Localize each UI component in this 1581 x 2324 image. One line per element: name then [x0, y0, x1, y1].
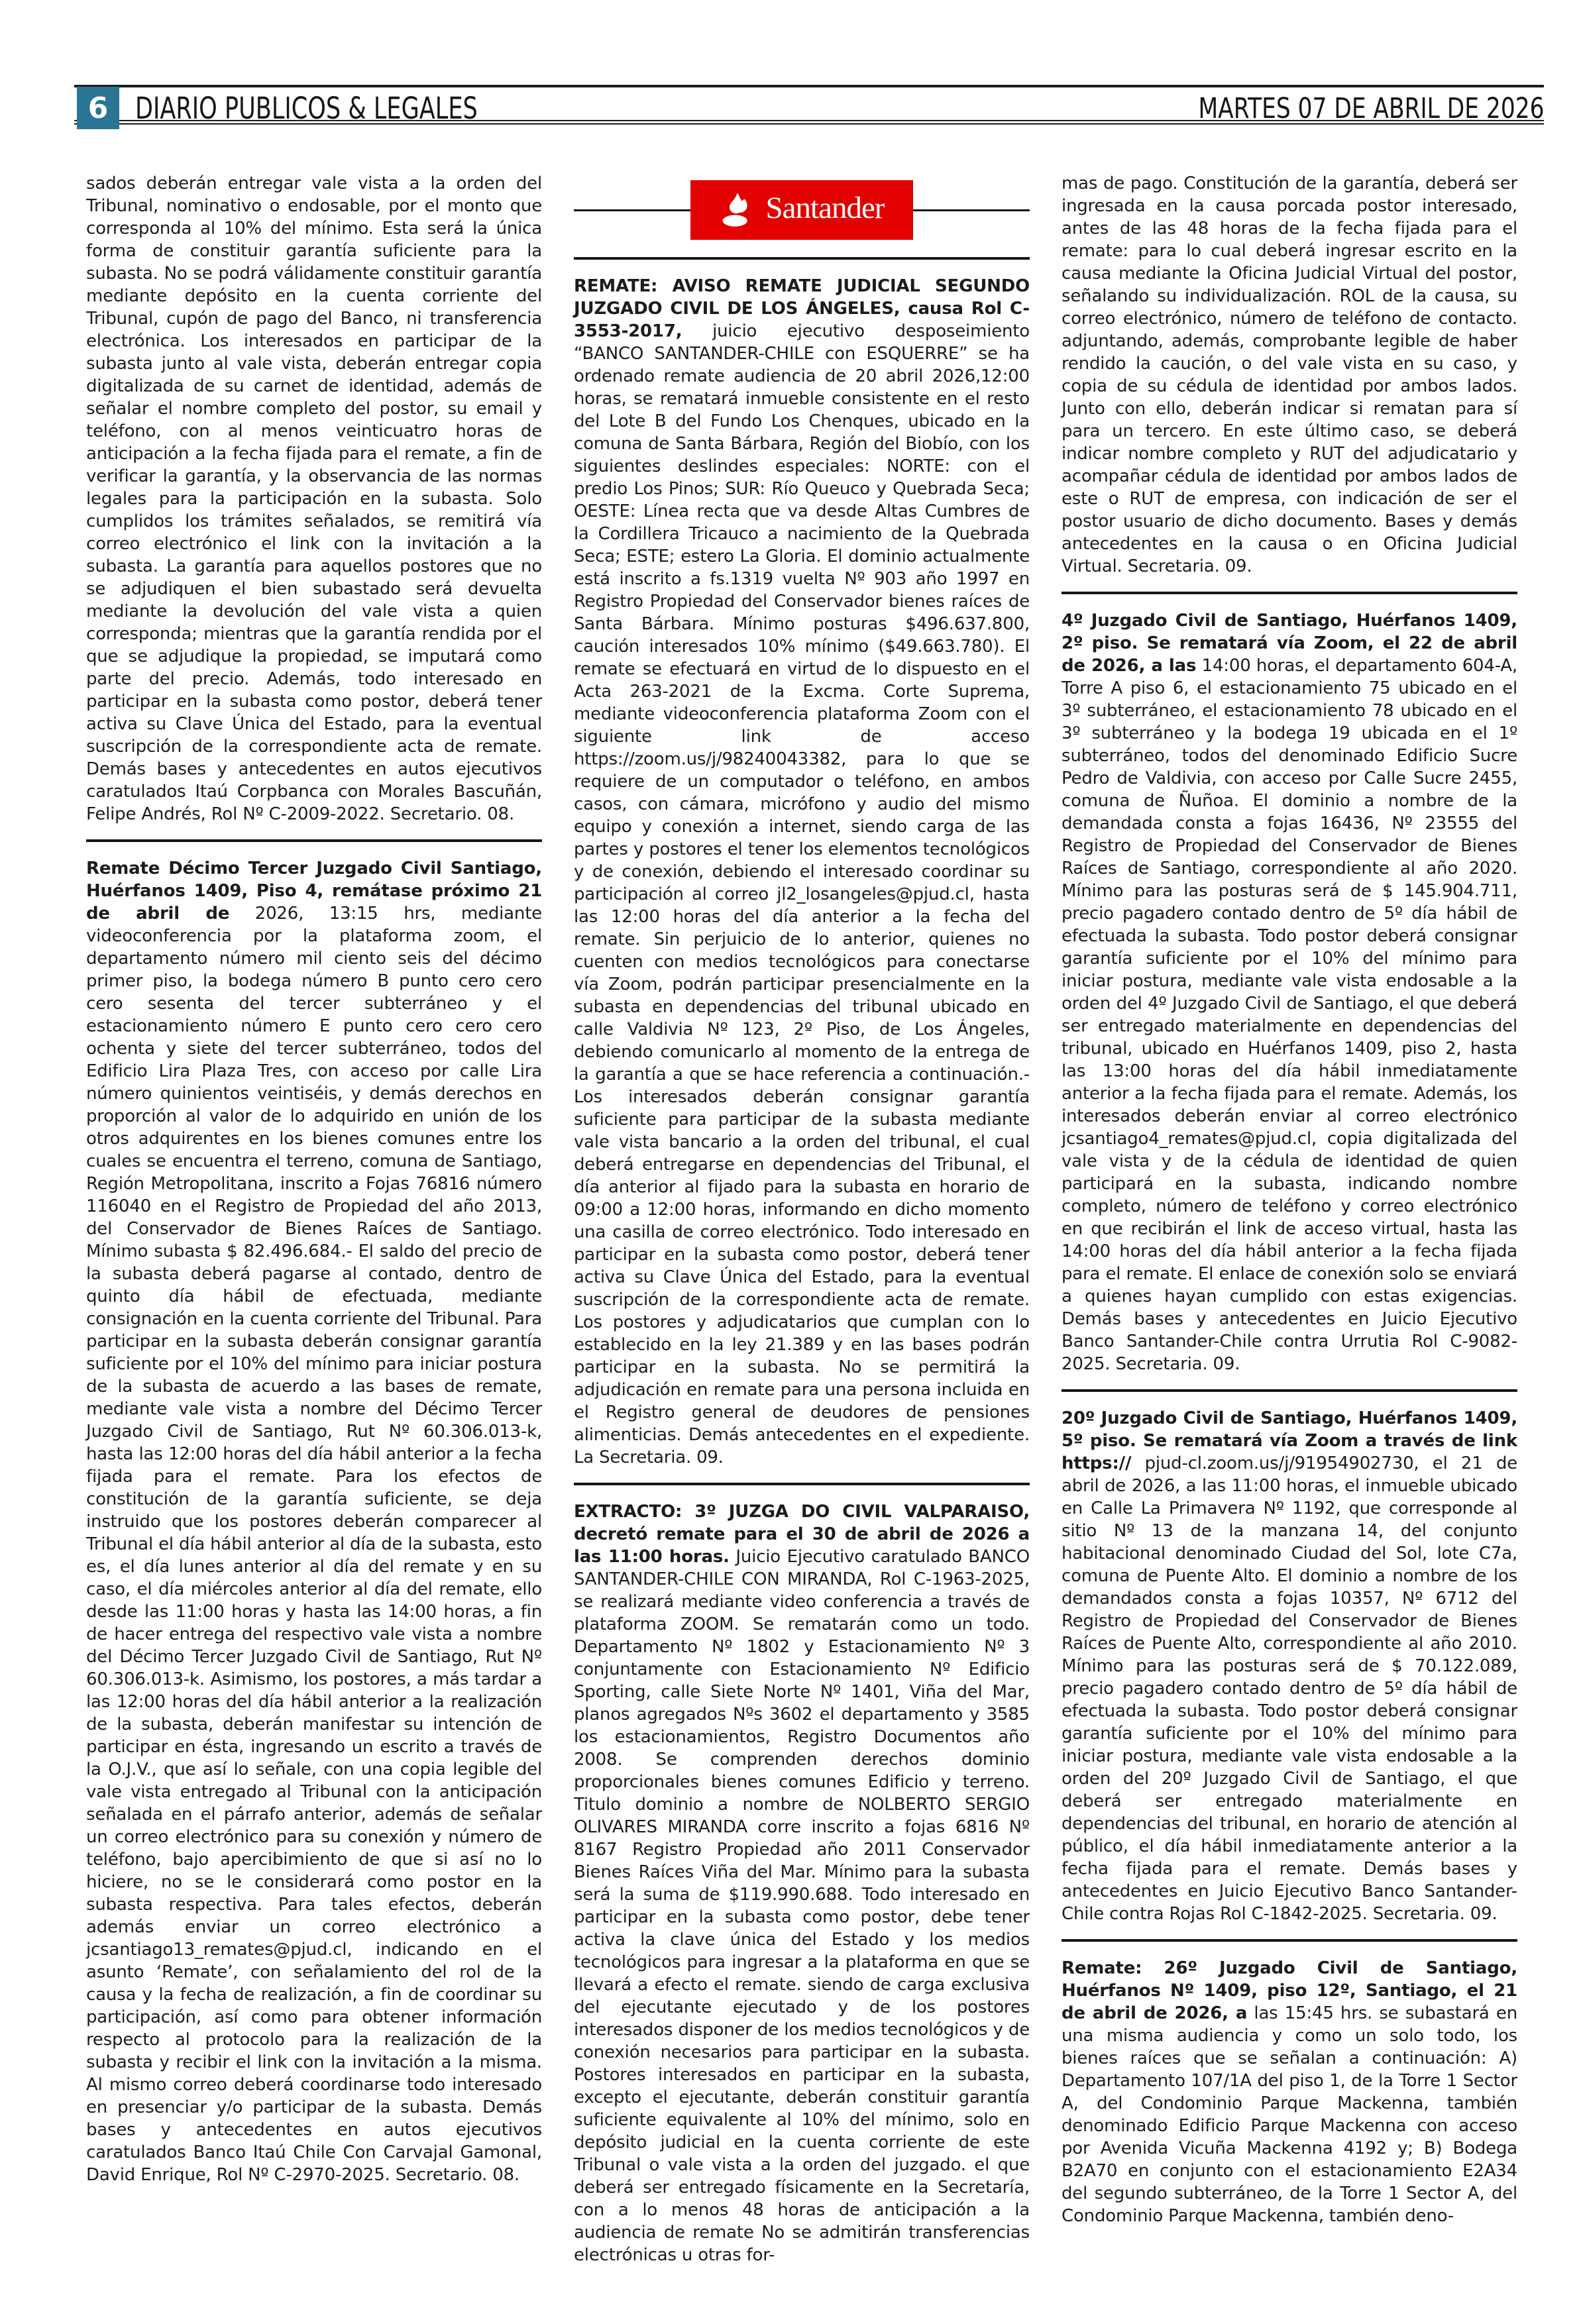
notice-paragraph: Remate: 26º Juzgado Civil de Santiago, H…	[1062, 1957, 1517, 2227]
notice-paragraph: 4º Juzgado Civil de Santiago, Huérfanos …	[1062, 609, 1517, 1375]
newspaper-page: 6 DIARIO PUBLICOS & LEGALES MARTES 07 DE…	[0, 0, 1581, 2324]
column-center: Santander REMATE: AVISO REMATE JUDICIAL …	[574, 172, 1030, 2266]
notice-body: 2026, 13:15 hrs, mediante videoconferenc…	[86, 904, 542, 2185]
column-right: mas de pago. Constitución de la garantía…	[1062, 172, 1517, 2266]
notice-body: mas de pago. Constitución de la garantía…	[1062, 174, 1517, 576]
publication-title-text: DIARIO PUBLICOS & LEGALES	[135, 91, 478, 126]
notice-divider	[574, 257, 1030, 260]
publication-title: DIARIO PUBLICOS & LEGALES	[135, 91, 574, 126]
notices-columns: sados deberán entregar vale vista a la o…	[86, 172, 1517, 2266]
notice-paragraph: Remate Décimo Tercer Juzgado Civil Santi…	[86, 857, 542, 2186]
legal-notice-20-juzgado: 20º Juzgado Civil de Santiago, Huérfanos…	[1062, 1407, 1517, 1925]
page-number: 6	[88, 91, 109, 125]
header-date-text: MARTES 07 DE ABRIL DE 2026	[1198, 92, 1544, 125]
notice-paragraph: EXTRACTO: 3º JUZGA DO CIVIL VALPARAISO, …	[574, 1501, 1030, 2266]
legal-notice-decimo-tercer-juzgado: Remate Décimo Tercer Juzgado Civil Santi…	[86, 857, 542, 2186]
notice-body: las 15:45 hrs. se subastará en una misma…	[1062, 2003, 1517, 2226]
legal-notice-itau-corpbanca: sados deberán entregar vale vista a la o…	[86, 172, 542, 825]
legal-notice-26-juzgado: Remate: 26º Juzgado Civil de Santiago, H…	[1062, 1957, 1517, 2227]
notice-body: Juicio Ejecutivo caratulado BANCO SANTAN…	[574, 1547, 1030, 2265]
notice-divider	[574, 1483, 1030, 1485]
santander-ad-header: Santander	[574, 180, 1030, 240]
legal-notice-continuation: mas de pago. Constitución de la garantía…	[1062, 172, 1517, 578]
notice-body: sados deberán entregar vale vista a la o…	[86, 174, 542, 824]
ad-rule-left	[574, 209, 690, 211]
legal-notice-4-juzgado: 4º Juzgado Civil de Santiago, Huérfanos …	[1062, 609, 1517, 1375]
column-left: sados deberán entregar vale vista a la o…	[86, 172, 542, 2266]
ad-rule-right	[913, 209, 1030, 211]
notice-paragraph: mas de pago. Constitución de la garantía…	[1062, 172, 1517, 578]
page-header: 6 DIARIO PUBLICOS & LEGALES MARTES 07 DE…	[74, 85, 1544, 125]
notice-body: juicio ejecutivo desposeimiento “BANCO S…	[574, 321, 1030, 1467]
santander-flame-icon	[720, 191, 758, 229]
notice-body: pjud-cl.zoom.us/j/91954902730, el 21 de …	[1062, 1453, 1517, 1924]
notice-paragraph: REMATE: AVISO REMATE JUDICIAL SEGUNDO JU…	[574, 275, 1030, 1469]
notice-divider	[1062, 1389, 1517, 1392]
santander-wordmark: Santander	[766, 190, 885, 230]
notice-body: 14:00 horas, el departamento 604-A, Torr…	[1062, 656, 1517, 1374]
notice-divider	[1062, 592, 1517, 594]
page-number-badge: 6	[77, 87, 119, 129]
legal-notice-extracto-valparaiso: EXTRACTO: 3º JUZGA DO CIVIL VALPARAISO, …	[574, 1501, 1030, 2266]
notice-divider	[1062, 1939, 1517, 1942]
notice-divider	[86, 839, 542, 842]
notice-paragraph: 20º Juzgado Civil de Santiago, Huérfanos…	[1062, 1407, 1517, 1925]
santander-logo: Santander	[690, 180, 913, 240]
header-date: MARTES 07 DE ABRIL DE 2026	[1112, 92, 1544, 125]
notice-paragraph: sados deberán entregar vale vista a la o…	[86, 172, 542, 825]
legal-notice-remate-los-angeles: REMATE: AVISO REMATE JUDICIAL SEGUNDO JU…	[574, 275, 1030, 1469]
